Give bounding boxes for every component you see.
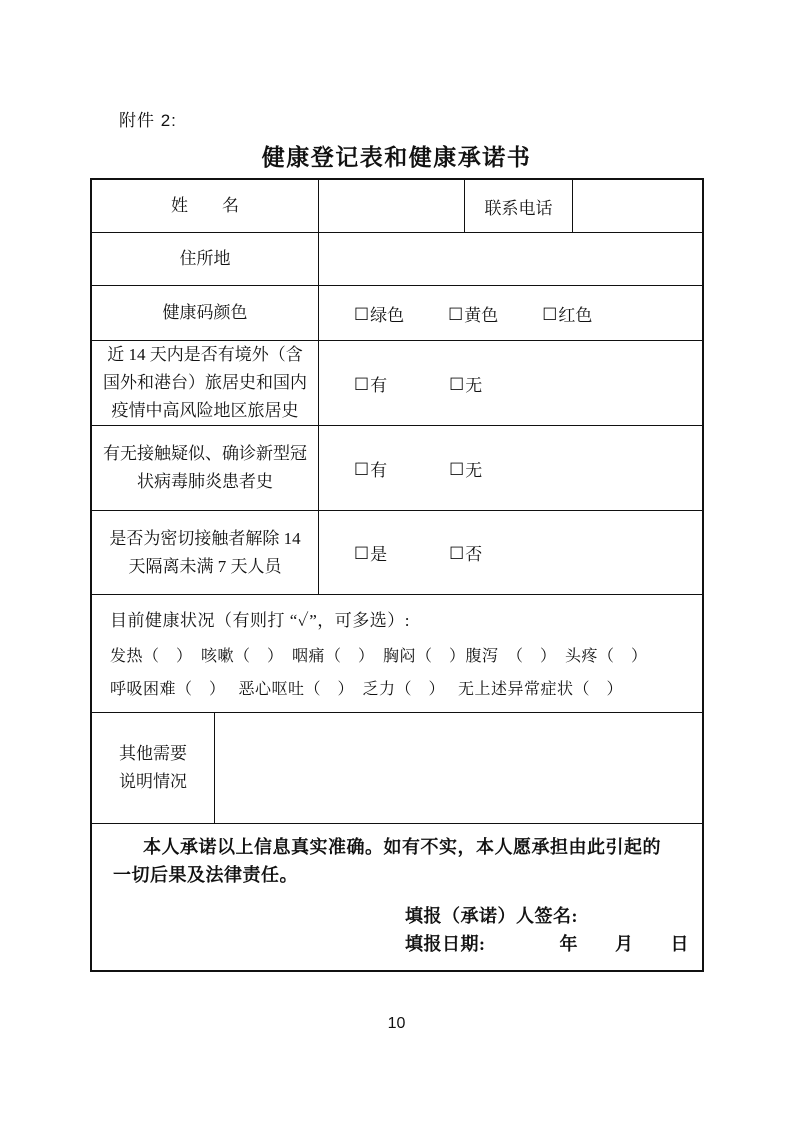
table-row-health-code: 健康码颜色 □绿色 □黄色 □红色 — [92, 285, 702, 340]
table-row-other-notes: 其他需要 说明情况 — [92, 712, 702, 823]
table-row-commitment: 本人承诺以上信息真实准确。如有不实，本人愿承担由此引起的 一切后果及法律责任。 … — [92, 823, 702, 970]
signature-label: 填报（承诺）人签名: — [405, 902, 689, 930]
table-row-contact-history: 有无接触疑似、确诊新型冠 状病毒肺炎患者史 □有 □无 — [92, 425, 702, 510]
checkbox-option-yes: □是 — [354, 540, 387, 565]
checkbox-icon: □ — [354, 542, 369, 561]
contact-history-label: 有无接触疑似、确诊新型冠 状病毒肺炎患者史 — [92, 426, 319, 510]
checkbox-option-label: 绿色 — [370, 301, 404, 326]
commitment-section: 本人承诺以上信息真实准确。如有不实，本人愿承担由此引起的 一切后果及法律责任。 … — [92, 824, 727, 970]
table-row-quarantine: 是否为密切接触者解除 14 天隔离未满 7 天人员 □是 □否 — [92, 510, 702, 594]
table-row-symptoms: 目前健康状况（有则打 “✓”，可多选）: 发热（ ） 咳嗽（ ） 咽痛（ ） 胸… — [92, 594, 702, 712]
checkbox-option-label: 无 — [465, 456, 482, 481]
checkbox-icon: □ — [354, 303, 369, 322]
checkbox-option-no: □否 — [449, 540, 482, 565]
name-label: 姓 名 — [92, 180, 319, 232]
checkbox-option-yes: □有 — [354, 371, 387, 396]
table-row-name: 姓 名 联系电话 — [92, 180, 702, 232]
symptoms-line-2: 呼吸困难（ ） 恶心呕吐（ ） 乏力（ ） 无上述异常症状（ ） — [110, 673, 694, 706]
checkbox-option-label: 黄色 — [464, 301, 498, 326]
symptoms-heading: 目前健康状况（有则打 “✓”，可多选）: — [110, 608, 694, 634]
checkbox-option-no: □无 — [449, 371, 482, 396]
quarantine-options: □是 □否 — [319, 511, 702, 594]
checkbox-option-label: 有 — [370, 371, 387, 396]
page-number: 10 — [0, 1015, 793, 1033]
table-row-travel-history: 近 14 天内是否有境外（含 国外和港台）旅居史和国内 疫情中高风险地区旅居史 … — [92, 340, 702, 425]
symptoms-section: 目前健康状况（有则打 “✓”，可多选）: 发热（ ） 咳嗽（ ） 咽痛（ ） 胸… — [92, 595, 702, 712]
name-field — [319, 180, 465, 232]
travel-history-options: □有 □无 — [319, 341, 702, 425]
residence-label: 住所地 — [92, 233, 319, 285]
contact-history-options: □有 □无 — [319, 426, 702, 510]
checkbox-icon: □ — [354, 373, 369, 392]
date-label: 填报日期: 年 月 日 — [405, 930, 689, 958]
table-row-residence: 住所地 — [92, 232, 702, 285]
other-notes-label: 其他需要 说明情况 — [92, 713, 215, 823]
checkbox-option-yes: □有 — [354, 456, 387, 481]
health-registration-table: 姓 名 联系电话 住所地 健康码颜色 □绿色 □黄色 □红色 近 14 天内是否… — [90, 178, 704, 972]
checkbox-option-label: 无 — [465, 371, 482, 396]
signature-block: 填报（承诺）人签名: 填报日期: 年 月 日 — [405, 902, 689, 958]
checkbox-option-label: 有 — [370, 456, 387, 481]
checkbox-option-yellow: □黄色 — [448, 301, 498, 326]
checkbox-option-label: 否 — [465, 540, 482, 565]
other-notes-field — [215, 713, 702, 823]
checkbox-icon: □ — [449, 373, 464, 392]
checkbox-icon: □ — [542, 303, 557, 322]
residence-field — [319, 233, 702, 285]
checkbox-icon: □ — [354, 458, 369, 477]
phone-label: 联系电话 — [465, 180, 573, 232]
attachment-label: 附件 2: — [119, 106, 177, 131]
checkbox-option-green: □绿色 — [354, 301, 404, 326]
checkbox-option-red: □红色 — [542, 301, 592, 326]
travel-history-label: 近 14 天内是否有境外（含 国外和港台）旅居史和国内 疫情中高风险地区旅居史 — [92, 341, 319, 425]
checkbox-icon: □ — [448, 303, 463, 322]
checkbox-option-label: 是 — [370, 540, 387, 565]
commitment-statement: 本人承诺以上信息真实准确。如有不实，本人愿承担由此引起的 一切后果及法律责任。 — [113, 833, 689, 889]
checkbox-option-no: □无 — [449, 456, 482, 481]
checkbox-option-label: 红色 — [558, 301, 592, 326]
checkbox-icon: □ — [449, 542, 464, 561]
health-code-options: □绿色 □黄色 □红色 — [319, 286, 702, 340]
health-code-label: 健康码颜色 — [92, 286, 319, 340]
checkbox-icon: □ — [449, 458, 464, 477]
symptoms-line-1: 发热（ ） 咳嗽（ ） 咽痛（ ） 胸闷（ ）腹泻 （ ） 头疼（ ） — [110, 640, 694, 673]
phone-field — [573, 180, 702, 232]
page-title: 健康登记表和健康承诺书 — [0, 139, 793, 172]
quarantine-label: 是否为密切接触者解除 14 天隔离未满 7 天人员 — [92, 511, 319, 594]
